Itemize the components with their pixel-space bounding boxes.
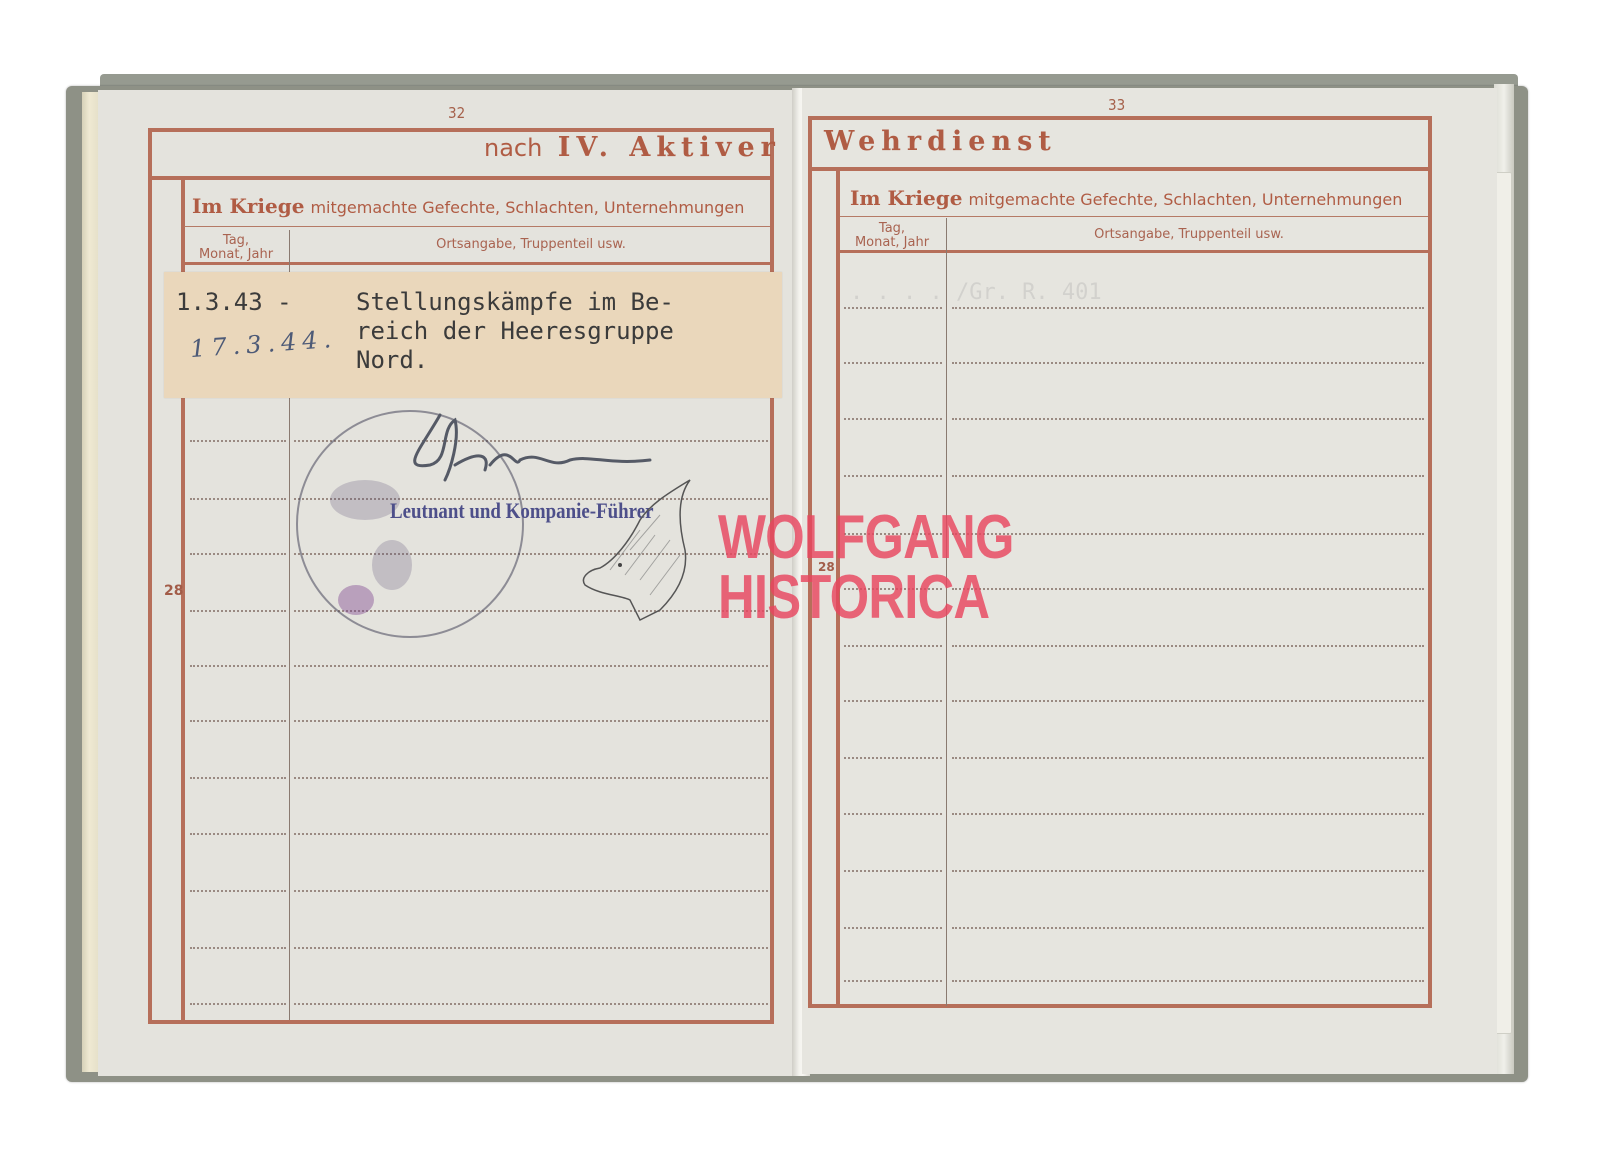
right-colhead-rule (840, 250, 1432, 253)
row-rule (844, 700, 942, 702)
row-rule (294, 947, 768, 949)
row-rule (844, 307, 942, 309)
row-rule (952, 475, 1424, 477)
row-rule (190, 777, 286, 779)
title-main: IV. Aktiver (558, 132, 781, 163)
entry-date-from: 1.3.43 - (176, 288, 292, 317)
wolf-head-stamp-icon (580, 470, 710, 630)
row-rule (190, 553, 286, 555)
row-rule (190, 440, 286, 442)
heading-bold: Im Kriege (850, 186, 962, 210)
col-date-line1: Tag, (842, 222, 942, 236)
row-rule (294, 777, 768, 779)
row-rule (844, 362, 942, 364)
row-marker-left: 28 (164, 583, 183, 599)
left-colhead-rule (184, 262, 774, 265)
row-rule (952, 588, 1424, 590)
left-title-divider (148, 176, 774, 180)
row-rule (952, 870, 1424, 872)
heading-rest: mitgemachte Gefechte, Schlachten, Untern… (968, 190, 1402, 209)
right-col-header-place: Ortsangabe, Truppenteil usw. (950, 228, 1428, 242)
left-col-header-place: Ortsangabe, Truppenteil usw. (292, 238, 770, 252)
col-date-line2: Monat, Jahr (842, 236, 942, 250)
seal-ink-blot (372, 540, 412, 590)
row-rule (844, 927, 942, 929)
row-rule (294, 720, 768, 722)
page-number-right: 33 (1108, 96, 1125, 114)
watermark-line1: WOLFGANG (718, 508, 1014, 568)
left-page-title: nach IV. Aktiver (484, 132, 781, 163)
left-col-header-date: Tag, Monat, Jahr (186, 234, 286, 262)
row-rule (952, 700, 1424, 702)
seal-ink-blot-purple (338, 585, 374, 615)
entry-text-line3: Nord. (356, 346, 428, 375)
right-section-heading: Im Kriegemitgemachte Gefechte, Schlachte… (850, 186, 1402, 210)
row-rule (844, 870, 942, 872)
watermark: WOLFGANG HISTORICA (718, 508, 1014, 628)
row-rule (190, 1003, 286, 1005)
bleed-through-text: . . . . /Gr. R. 401 (850, 280, 1102, 305)
col-date-line1: Tag, (186, 234, 286, 248)
row-rule (844, 475, 942, 477)
row-rule (952, 645, 1424, 647)
row-rule (294, 890, 768, 892)
row-rule (844, 418, 942, 420)
row-rule (952, 757, 1424, 759)
row-rule (952, 307, 1424, 309)
row-rule (294, 833, 768, 835)
row-rule (844, 645, 942, 647)
row-rule (952, 418, 1424, 420)
row-rule (190, 498, 286, 500)
page-number-left: 32 (448, 104, 465, 122)
row-rule (190, 833, 286, 835)
title-prefix: nach (484, 134, 542, 162)
row-rule (190, 610, 286, 612)
row-rule (190, 665, 286, 667)
left-section-heading: Im Kriegemitgemachte Gefechte, Schlachte… (192, 194, 744, 218)
row-rule (952, 533, 1424, 535)
row-rule (844, 757, 942, 759)
entry-text-line1: Stellungskämpfe im Be- (356, 288, 674, 317)
row-rule (190, 890, 286, 892)
row-rule (190, 947, 286, 949)
right-col-header-date: Tag, Monat, Jahr (842, 222, 942, 250)
row-rule (952, 813, 1424, 815)
row-rule (952, 362, 1424, 364)
row-rule (294, 665, 768, 667)
row-rule (952, 927, 1424, 929)
heading-rest: mitgemachte Gefechte, Schlachten, Untern… (310, 198, 744, 217)
row-rule (190, 720, 286, 722)
col-date-line2: Monat, Jahr (186, 248, 286, 262)
right-subhead-rule (840, 216, 1428, 217)
right-title-divider (808, 167, 1432, 171)
left-subhead-rule (184, 226, 770, 227)
row-rule (294, 1003, 768, 1005)
row-rule (952, 980, 1424, 982)
entry-text-line2: reich der Heeresgruppe (356, 317, 674, 346)
heading-bold: Im Kriege (192, 194, 304, 218)
row-rule (844, 813, 942, 815)
watermark-line2: HISTORICA (718, 568, 1014, 628)
row-rule (844, 980, 942, 982)
right-page-title: Wehrdienst (824, 126, 1057, 157)
